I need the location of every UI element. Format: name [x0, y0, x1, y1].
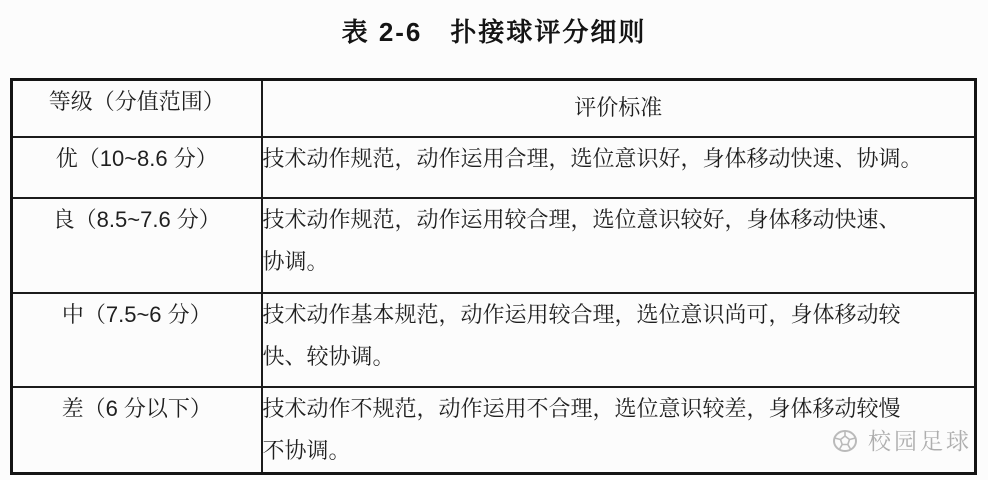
column-header-criteria: 评价标准	[262, 80, 976, 137]
grade-cell-poor: 差（6 分以下）	[12, 387, 262, 474]
criteria-cell-good: 技术动作规范，动作运用较合理，选位意识较好，身体移动快速、 协调。	[262, 198, 976, 293]
table-header-row: 等级（分值范围） 评价标准	[12, 80, 976, 137]
criteria-cell-excellent: 技术动作规范，动作运用合理，选位意识好，身体移动快速、协调。	[262, 137, 976, 198]
table-row: 良（8.5~7.6 分） 技术动作规范，动作运用较合理，选位意识较好，身体移动快…	[12, 198, 976, 293]
column-header-grade: 等级（分值范围）	[12, 80, 262, 137]
table-row: 差（6 分以下） 技术动作不规范，动作运用不合理，选位意识较差，身体移动较慢 不…	[12, 387, 976, 474]
grade-cell-excellent: 优（10~8.6 分）	[12, 137, 262, 198]
scoring-rules-table: 等级（分值范围） 评价标准 优（10~8.6 分） 技术动作规范，动作运用合理，…	[10, 78, 977, 475]
page-title: 表 2-6 扑接球评分细则	[0, 12, 988, 49]
grade-cell-good: 良（8.5~7.6 分）	[12, 198, 262, 293]
criteria-cell-poor: 技术动作不规范，动作运用不合理，选位意识较差，身体移动较慢 不协调。	[262, 387, 976, 474]
grade-cell-medium: 中（7.5~6 分）	[12, 293, 262, 387]
table-row: 中（7.5~6 分） 技术动作基本规范，动作运用较合理，选位意识尚可，身体移动较…	[12, 293, 976, 387]
table-row: 优（10~8.6 分） 技术动作规范，动作运用合理，选位意识好，身体移动快速、协…	[12, 137, 976, 198]
criteria-cell-medium: 技术动作基本规范，动作运用较合理，选位意识尚可，身体移动较 快、较协调。	[262, 293, 976, 387]
